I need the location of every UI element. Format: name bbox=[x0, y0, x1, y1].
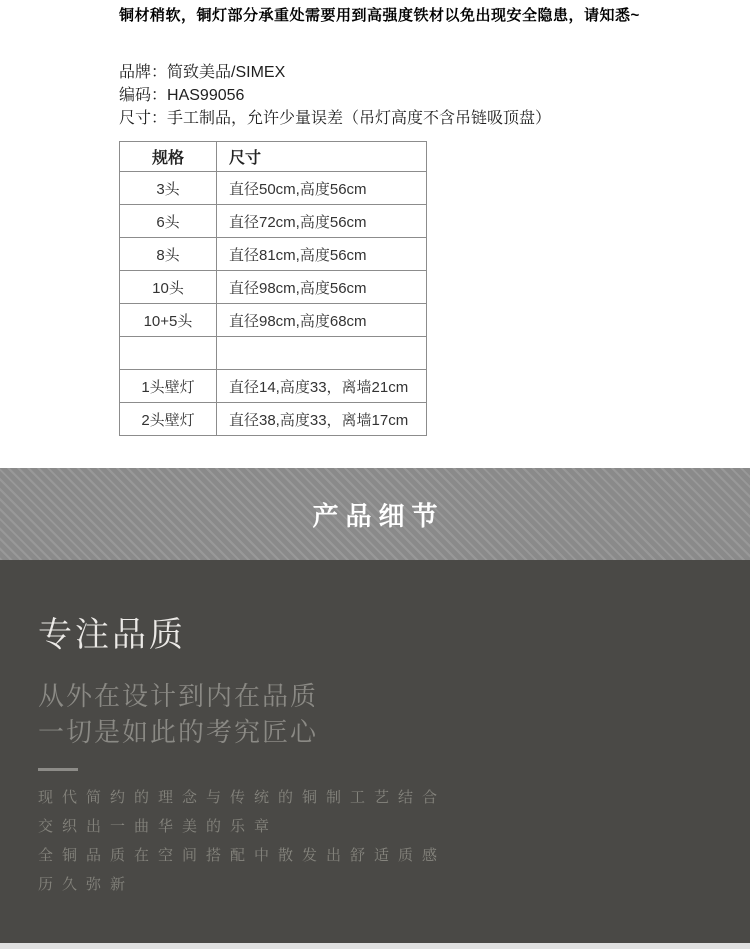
spec-table: 规格 尺寸 3头 直径50cm,高度56cm 6头 直径72cm,高度56cm … bbox=[119, 141, 427, 436]
info-section: 铜材稍软，铜灯部分承重处需要用到高强度铁材以免出现安全隐患，请知悉~ 品牌：简致… bbox=[0, 0, 750, 468]
quality-section: 专注品质 从外在设计到内在品质 一切是如此的考究匠心 现代简约的理念与传统的铜制… bbox=[0, 560, 750, 943]
meta-brand-value: 简致美品/SIMEX bbox=[167, 64, 285, 81]
bottom-strip bbox=[0, 943, 750, 949]
quality-desc-line: 全铜品质在空间搭配中散发出舒适质感 bbox=[38, 841, 720, 870]
quality-desc-line: 现代简约的理念与传统的铜制工艺结合 bbox=[38, 783, 720, 812]
quality-subheading-block: 从外在设计到内在品质 一切是如此的考究匠心 bbox=[38, 678, 720, 750]
meta-code: 编码：HAS99056 bbox=[119, 84, 730, 107]
spec-cell: 1头壁灯 bbox=[120, 370, 217, 403]
meta-code-label: 编码： bbox=[119, 87, 167, 104]
spec-header-cell: 规格 bbox=[120, 142, 217, 172]
size-cell: 直径50cm,高度56cm bbox=[217, 172, 427, 205]
spec-cell: 10头 bbox=[120, 271, 217, 304]
spec-cell: 8头 bbox=[120, 238, 217, 271]
table-row: 10头 直径98cm,高度56cm bbox=[120, 271, 427, 304]
quality-subline: 从外在设计到内在品质 bbox=[38, 678, 720, 714]
quality-description-block: 现代简约的理念与传统的铜制工艺结合 交织出一曲华美的乐章 全铜品质在空间搭配中散… bbox=[38, 783, 720, 899]
quality-subline: 一切是如此的考究匠心 bbox=[38, 714, 720, 750]
product-meta: 品牌：简致美品/SIMEX 编码：HAS99056 尺寸：手工制品，允许少量误差… bbox=[119, 61, 730, 130]
size-cell: 直径98cm,高度68cm bbox=[217, 304, 427, 337]
quality-heading: 专注品质 bbox=[38, 615, 720, 655]
spec-cell bbox=[120, 337, 217, 370]
meta-brand-label: 品牌： bbox=[119, 64, 167, 81]
size-cell: 直径38,高度33，离墙17cm bbox=[217, 403, 427, 436]
size-cell: 直径81cm,高度56cm bbox=[217, 238, 427, 271]
table-row-empty bbox=[120, 337, 427, 370]
meta-brand: 品牌：简致美品/SIMEX bbox=[119, 61, 730, 84]
quality-desc-line: 历久弥新 bbox=[38, 870, 720, 899]
spec-cell: 6头 bbox=[120, 205, 217, 238]
product-description-page: 铜材稍软，铜灯部分承重处需要用到高强度铁材以免出现安全隐患，请知悉~ 品牌：简致… bbox=[0, 0, 750, 949]
banner-title: 产品细节 bbox=[305, 496, 444, 533]
meta-code-value: HAS99056 bbox=[167, 87, 244, 104]
table-row: 1头壁灯 直径14,高度33，离墙21cm bbox=[120, 370, 427, 403]
spec-cell: 10+5头 bbox=[120, 304, 217, 337]
size-header-cell: 尺寸 bbox=[217, 142, 427, 172]
quality-desc-line: 交织出一曲华美的乐章 bbox=[38, 812, 720, 841]
table-row: 10+5头 直径98cm,高度68cm bbox=[120, 304, 427, 337]
size-cell bbox=[217, 337, 427, 370]
meta-size-value: 手工制品，允许少量误差（吊灯高度不含吊链吸顶盘） bbox=[167, 110, 551, 127]
spec-cell: 2头壁灯 bbox=[120, 403, 217, 436]
material-warning-text: 铜材稍软，铜灯部分承重处需要用到高强度铁材以免出现安全隐患，请知悉~ bbox=[119, 7, 730, 25]
size-cell: 直径98cm,高度56cm bbox=[217, 271, 427, 304]
product-details-banner: 产品细节 bbox=[0, 468, 750, 560]
spec-table-header-row: 规格 尺寸 bbox=[120, 142, 427, 172]
spec-cell: 3头 bbox=[120, 172, 217, 205]
table-row: 8头 直径81cm,高度56cm bbox=[120, 238, 427, 271]
meta-size: 尺寸：手工制品，允许少量误差（吊灯高度不含吊链吸顶盘） bbox=[119, 107, 730, 130]
table-row: 6头 直径72cm,高度56cm bbox=[120, 205, 427, 238]
divider bbox=[38, 768, 78, 771]
size-cell: 直径72cm,高度56cm bbox=[217, 205, 427, 238]
meta-size-label: 尺寸： bbox=[119, 110, 167, 127]
size-cell: 直径14,高度33，离墙21cm bbox=[217, 370, 427, 403]
table-row: 3头 直径50cm,高度56cm bbox=[120, 172, 427, 205]
table-row: 2头壁灯 直径38,高度33，离墙17cm bbox=[120, 403, 427, 436]
